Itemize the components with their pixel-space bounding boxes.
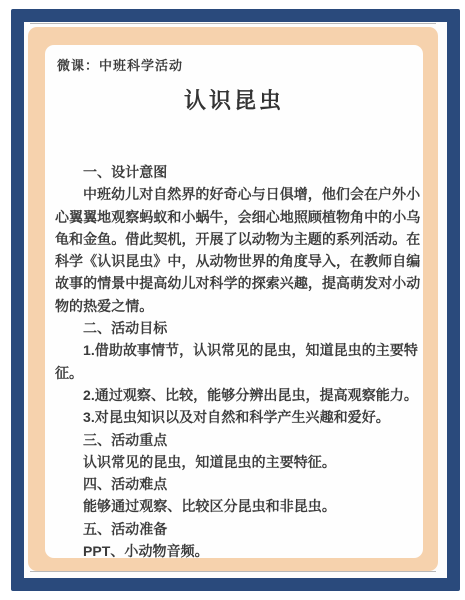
body-line: 认识常见的昆虫，知道昆虫的主要特征。 <box>55 451 421 473</box>
document-card: 微课：中班科学活动 认识昆虫 一、设计意图中班幼儿对自然界的好奇心与日俱增，他们… <box>45 45 423 558</box>
body-line: 故事的情景中提高幼儿对科学的探索兴趣，提高萌发对小动 <box>55 272 421 294</box>
bottom-hairline <box>30 571 436 572</box>
body-line: 龟和金鱼。借此契机，开展了以动物为主题的系列活动。在 <box>55 228 421 250</box>
page-title: 认识昆虫 <box>45 84 423 115</box>
body-line: 1.借助故事情节，认识常见的昆虫，知道昆虫的主要特 <box>55 339 421 361</box>
body-line: 3.对昆虫知识以及对自然和科学产生兴趣和爱好。 <box>55 406 421 428</box>
body-line: 中班幼儿对自然界的好奇心与日俱增，他们会在户外小 <box>55 183 421 205</box>
body-line: 征。 <box>55 362 421 384</box>
body-line: 2.通过观察、比较，能够分辨出昆虫，提高观察能力。 <box>55 384 421 406</box>
top-hairline <box>30 23 436 24</box>
body-line: 四、活动难点 <box>55 473 421 495</box>
body-line: 科学《认识昆虫》中，从动物世界的角度导入，在教师自编 <box>55 250 421 272</box>
course-label: 微课：中班科学活动 <box>57 55 183 74</box>
body-line: 一、设计意图 <box>55 161 421 183</box>
body-line: PPT、小动物音频。 <box>55 540 421 562</box>
document-body: 一、设计意图中班幼儿对自然界的好奇心与日俱增，他们会在户外小心翼翼地观察蚂蚁和小… <box>55 161 421 562</box>
body-line: 三、活动重点 <box>55 429 421 451</box>
body-line: 心翼翼地观察蚂蚁和小蜗牛，会细心地照顾植物角中的小乌 <box>55 206 421 228</box>
body-line: 能够通过观察、比较区分昆虫和非昆虫。 <box>55 495 421 517</box>
body-line: 物的热爱之情。 <box>55 295 421 317</box>
body-line: 五、活动准备 <box>55 518 421 540</box>
body-line: 二、活动目标 <box>55 317 421 339</box>
